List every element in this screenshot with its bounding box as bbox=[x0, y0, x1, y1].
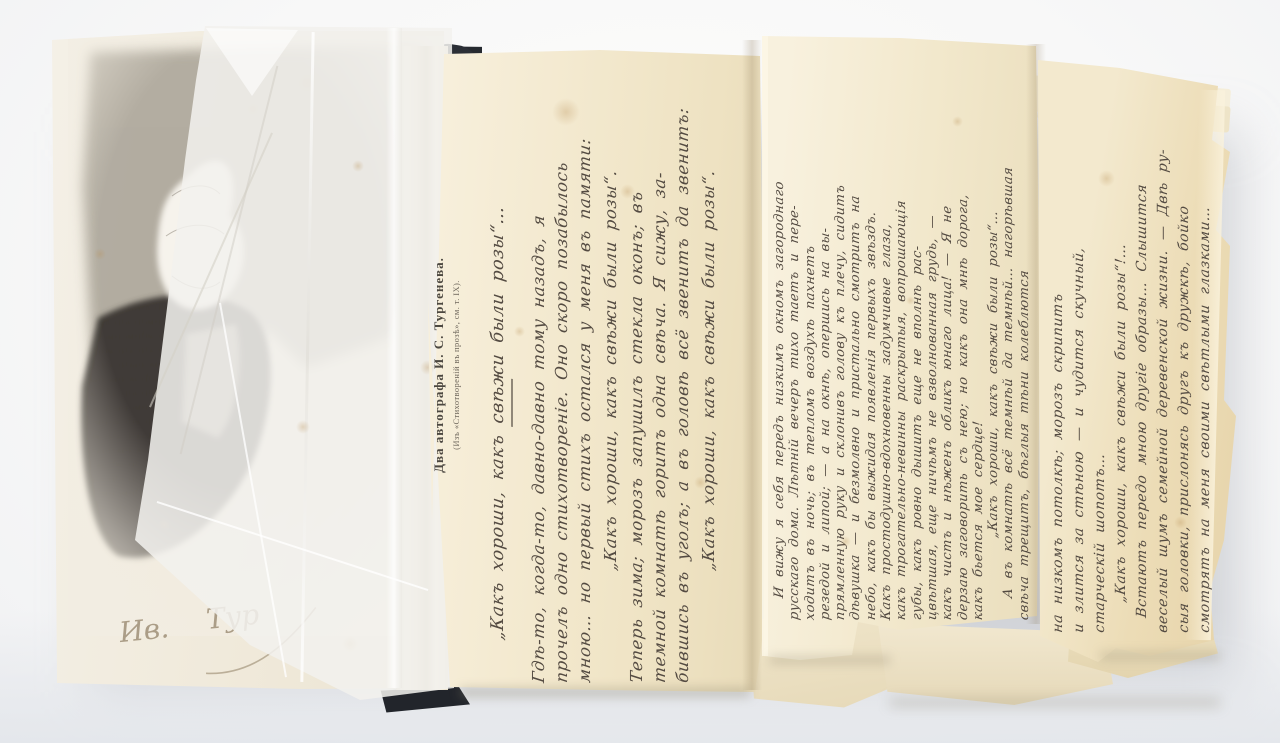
facsimile-page-2-fold-highlight bbox=[762, 36, 768, 656]
facsimile-caption: Два автографа И. С. Тургенева. (Изъ «Сти… bbox=[431, 236, 477, 494]
foxing-spot bbox=[1098, 170, 1115, 187]
manuscript-line: сыя головки, прислонясь другъ къ дружкѣ,… bbox=[1174, 71, 1195, 634]
foxing-spot bbox=[552, 98, 580, 126]
manuscript-line: и злится за стѣною — и чудится скучный, bbox=[1069, 71, 1090, 634]
foxing-spot bbox=[246, 102, 260, 116]
leaf-bottom-shadow-1 bbox=[460, 688, 750, 697]
manuscript-line: веселый шумъ семейной деревенской жизни.… bbox=[1153, 71, 1174, 634]
manuscript-line: старческій шопотъ… bbox=[1090, 71, 1111, 634]
manuscript-line: какъ чистъ и нѣженъ обликъ юнаго лица! —… bbox=[940, 44, 955, 621]
manuscript-line: русскаго дома. Лѣтній вечеръ тихо таетъ … bbox=[787, 44, 802, 621]
foxing-spot bbox=[620, 184, 635, 199]
foxing-spot bbox=[906, 296, 915, 305]
caption-subtitle: (Изъ «Стихотвореній въ прозѣ», см. т. IX… bbox=[451, 236, 461, 494]
foxing-spot bbox=[952, 116, 963, 127]
manuscript-page-3-text: на низкомъ потолкѣ; морозъ скрипитъи зли… bbox=[1048, 74, 1218, 634]
foxing-spot bbox=[1174, 516, 1187, 529]
manuscript-line: Теперь зима; морозъ запушилъ стекла окон… bbox=[625, 53, 648, 684]
manuscript-line: прочелъ одно стихотвореніе. Оно скоро по… bbox=[550, 53, 573, 684]
portrait-page: Ив. Тур bbox=[50, 30, 448, 690]
manuscript-line: „Какъ хороши, какъ свѣжи были розы“. bbox=[599, 53, 622, 572]
foxing-spot bbox=[158, 518, 171, 531]
manuscript-line: „Какъ хороши, какъ свѣжи были розы“. bbox=[697, 53, 720, 572]
manuscript-line: дѣвушка — и безмолвно и пристально смотр… bbox=[848, 44, 863, 621]
foxing-spot bbox=[840, 536, 851, 547]
manuscript-line: А въ комнатѣ всё темнѣй да темнѣй… нагор… bbox=[1001, 44, 1016, 621]
foxing-spot bbox=[694, 476, 707, 489]
manuscript-line: небо, какъ бы выжидая появленія первыхъ … bbox=[864, 44, 879, 621]
manuscript-line: цвѣтшая, еще ничѣмъ не взволнованная гру… bbox=[925, 44, 940, 621]
manuscript-line: прямленную руку и склонивъ голову къ пле… bbox=[833, 44, 848, 621]
portrait-engraving bbox=[68, 36, 450, 636]
manuscript-line: на низкомъ потолкѣ; морозъ скрипитъ bbox=[1048, 71, 1069, 634]
foxing-spot bbox=[514, 326, 525, 337]
manuscript-line: „Какъ хороши, какъ свѣжи были розы“… bbox=[487, 53, 513, 642]
caption-title: Два автографа И. С. Тургенева. bbox=[431, 236, 447, 494]
leaf-bottom-shadow-3 bbox=[890, 698, 1220, 707]
manuscript-line: какъ бьется мое сердце! bbox=[971, 44, 986, 621]
manuscript-line: мною… но первый стихъ остался у меня въ … bbox=[573, 53, 596, 684]
leaf-bottom-shadow-4 bbox=[1100, 652, 1220, 660]
manuscript-line: „Какъ хороши, какъ свѣжи были розы“… bbox=[986, 44, 1001, 539]
engraving-vignette bbox=[68, 36, 450, 636]
manuscript-line: Гдѣ-то, когда-то, давно-давно тому назад… bbox=[527, 53, 550, 684]
manuscript-line: Какъ простодушно-вдохновенны задумчивые … bbox=[879, 44, 894, 621]
manuscript-line: губы, какъ ровно дышитъ еще не вполнѣ ра… bbox=[910, 44, 925, 621]
manuscript-line: Встаютъ передо мною другіе образы… Слыши… bbox=[1132, 71, 1153, 634]
manuscript-page-1-text: „Какъ хороши, какъ свѣжи были розы“…Гдѣ-… bbox=[487, 56, 755, 684]
manuscript-line: ходитъ въ ночь; въ тепломъ воздухѣ пахне… bbox=[803, 44, 818, 621]
manuscript-line: И вижу я себя передъ низкимъ окномъ заго… bbox=[772, 44, 787, 621]
manuscript-line: дерзаю заговорить съ нею; но какъ она мн… bbox=[956, 44, 971, 621]
manuscript-line: бившись въ уголъ; а въ головѣ всё звенит… bbox=[671, 53, 694, 684]
manuscript-line: „Какъ хороши, какъ свѣжи были розы“!… bbox=[1111, 71, 1132, 604]
foxing-spot bbox=[296, 72, 318, 94]
manuscript-line: свѣча трещитъ, бѣглыя тѣни колеблются bbox=[1017, 44, 1032, 621]
manuscript-line: резедой и липой; — а на окнѣ, опершись н… bbox=[818, 44, 833, 621]
photo-of-antique-book: Ив. Тур Два автографа И. С. Тургенева. (… bbox=[0, 0, 1280, 743]
manuscript-page-2-text: И вижу я себя передъ низкимъ окномъ заго… bbox=[772, 46, 1036, 621]
manuscript-line: какъ трогательно-невинны раскрытыя, вопр… bbox=[894, 44, 909, 621]
foxing-spot bbox=[94, 248, 106, 260]
manuscript-line: смотрятъ на меня своими свѣтлыми глазкам… bbox=[1195, 71, 1216, 634]
leaf-bottom-shadow-2 bbox=[770, 656, 890, 664]
manuscript-line: темной комнатѣ горитъ одна свѣча. Я сижу… bbox=[648, 53, 671, 684]
